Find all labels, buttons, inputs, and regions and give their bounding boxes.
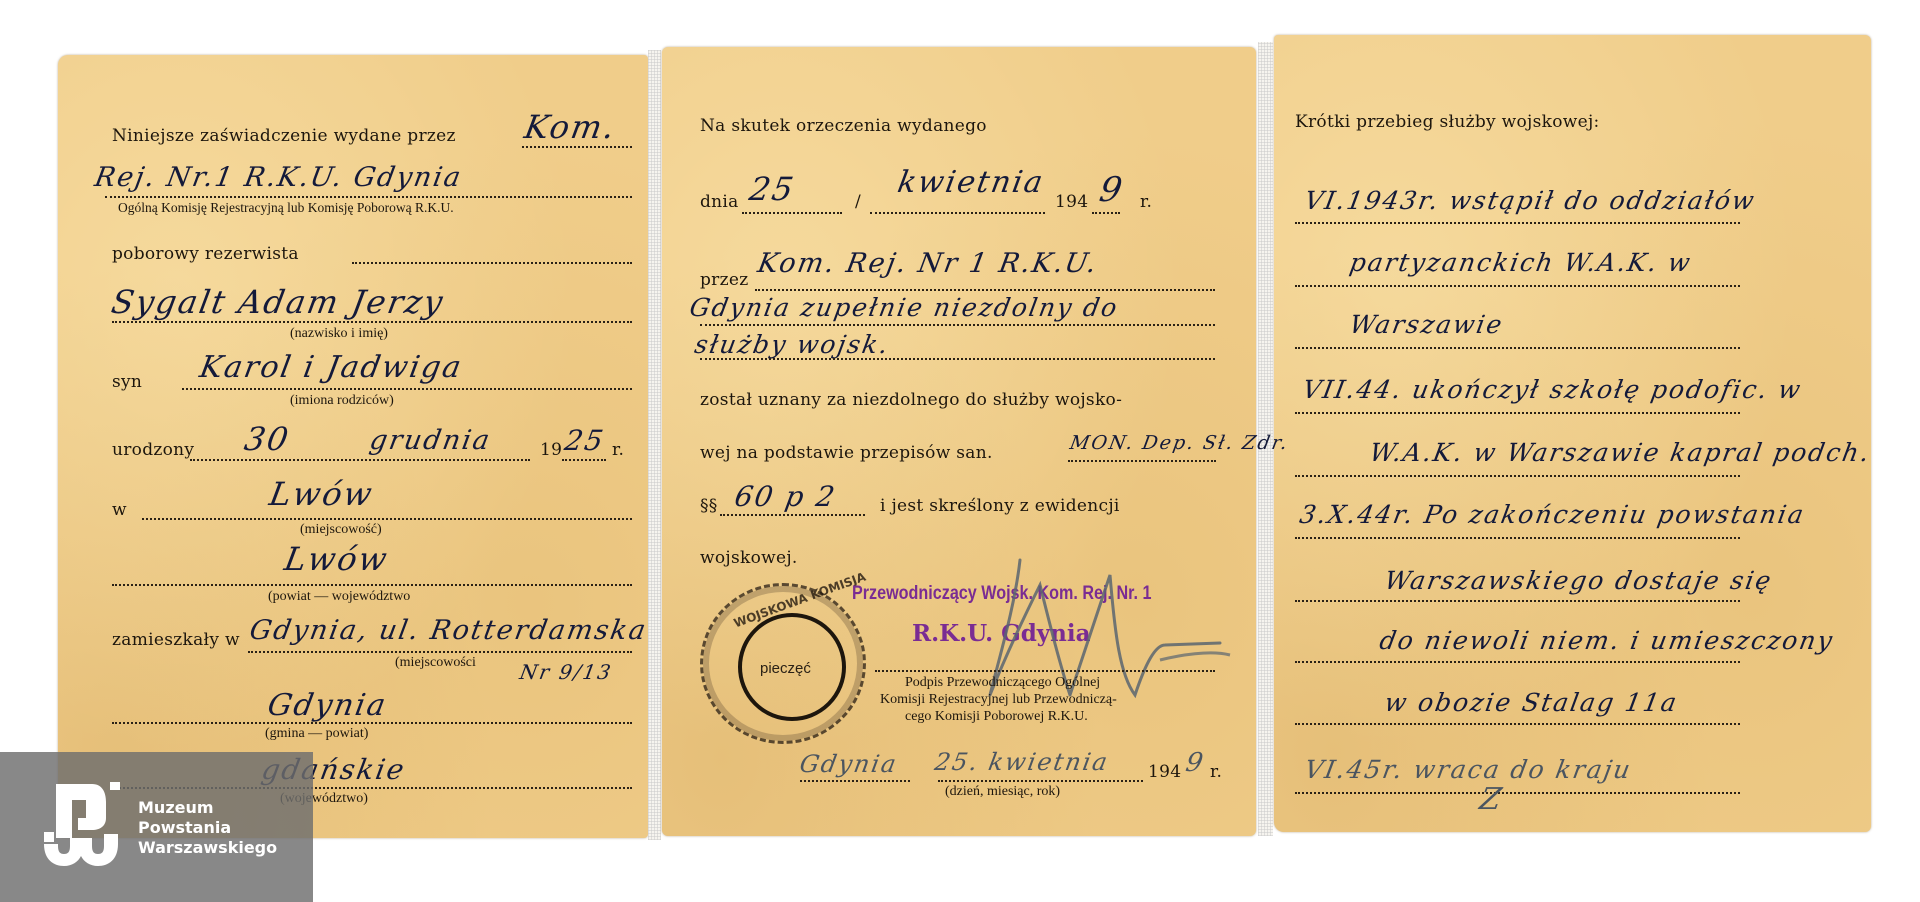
date-year-suffix: r. — [1210, 762, 1222, 782]
dotted-line — [562, 459, 606, 461]
dotted-line — [742, 212, 842, 214]
regulation-handwriting: MON. Dep. Sł. Zdr. — [1068, 432, 1291, 454]
name-handwriting: Sygalt Adam Jerzy — [109, 283, 448, 321]
verdict-text: wej na podstawie przepisów san. — [700, 443, 993, 463]
dotted-line — [182, 388, 632, 390]
dotted-line — [112, 584, 632, 586]
dotted-line — [1068, 460, 1216, 462]
status-label: poborowy rezerwista — [112, 244, 299, 264]
parents-handwriting: Karol i Jadwiga — [197, 350, 466, 385]
dotted-line — [1295, 600, 1740, 602]
service-entry: Warszawskiego dostaje się — [1382, 566, 1775, 595]
ruling-label: Na skutek orzeczenia wydanego — [700, 116, 987, 136]
parents-caption: (imiona rodziców) — [290, 393, 394, 409]
residence-label: zamieszkały w — [112, 630, 240, 650]
service-entry: VII.44. ukończył szkołę podofic. w — [1300, 375, 1804, 404]
verdict-text: i jest skreślony z ewidencji — [880, 496, 1120, 516]
service-entry: Warszawie — [1347, 310, 1506, 339]
month-handwriting: kwietnia — [895, 165, 1047, 200]
service-entry: w obozie Stalag 11a — [1382, 688, 1680, 717]
by-handwriting: Kom. Rej. Nr 1 R.K.U. — [755, 248, 1100, 279]
dotted-line — [248, 651, 632, 653]
by-handwriting: służby wojsk. — [692, 330, 892, 359]
dotted-line — [1295, 723, 1740, 725]
born-year-prefix: 19 — [540, 440, 562, 460]
dotted-line — [105, 196, 632, 198]
service-entry: VI.45r. wraca do kraju — [1302, 755, 1634, 784]
dotted-line — [1295, 347, 1740, 349]
dotted-line — [112, 722, 632, 724]
name-caption: (nazwisko i imię) — [290, 326, 388, 342]
dotted-line — [142, 518, 632, 520]
born-year-handwriting: 25 — [562, 424, 607, 457]
dotted-line — [1295, 537, 1740, 539]
dotted-line — [1295, 792, 1740, 794]
day-handwriting: 25 — [747, 170, 798, 208]
service-entry: partyzanckich W.A.K. w — [1347, 248, 1694, 277]
service-heading: Krótki przebieg służby wojskowej: — [1295, 112, 1600, 132]
birthplace-caption: (miejscowość) — [300, 522, 382, 538]
logo-text: Powstania — [138, 818, 231, 838]
dotted-line — [1295, 222, 1740, 224]
verdict-text: został uznany za niezdolnego do służby w… — [700, 390, 1122, 410]
born-day-handwriting: 30 — [242, 420, 293, 458]
service-entry: 3.X.44r. Po zakończeniu powstania — [1297, 500, 1807, 529]
district-handwriting: Lwów — [282, 540, 392, 578]
born-month-handwriting: grudnia — [367, 425, 493, 456]
dotted-line — [1295, 661, 1740, 663]
dotted-line — [1092, 212, 1120, 214]
service-entry: do niewoli niem. i umieszczony — [1377, 626, 1836, 655]
year-prefix: 194 — [1055, 192, 1088, 212]
date-caption: (dzień, miesiąc, rok) — [945, 784, 1060, 800]
issuer-handwriting: Kom. — [522, 108, 620, 146]
year-suffix: r. — [612, 440, 624, 460]
dotted-line — [870, 212, 1045, 214]
date-separator: / — [855, 192, 861, 212]
signature-line — [875, 670, 1215, 672]
verdict-text: wojskowej. — [700, 548, 798, 568]
paragraph-handwriting: 60 p 2 — [732, 480, 839, 513]
dotted-line — [1295, 475, 1740, 477]
date-year-prefix: 194 — [1148, 762, 1181, 782]
dotted-line — [700, 324, 1215, 326]
residence-number-handwriting: Nr 9/13 — [518, 660, 615, 684]
residence-handwriting: Gdynia, ul. Rotterdamska — [247, 615, 650, 646]
issuer-caption: Ogólną Komisję Rejestracyjną lub Komisję… — [118, 200, 454, 216]
born-label: urodzony — [112, 440, 194, 460]
dotted-line — [1295, 412, 1740, 414]
dotted-line — [522, 146, 632, 148]
in-label: w — [112, 500, 127, 520]
place-handwriting: Gdynia — [798, 750, 900, 778]
birthplace-handwriting: Lwów — [267, 475, 377, 513]
seal-label: pieczęć — [760, 660, 811, 677]
dotted-line — [700, 358, 1215, 360]
binding-strip — [648, 50, 661, 840]
signature-caption: Komisji Rejestracyjnej lub Przewodniczą- — [880, 692, 1117, 708]
paragraph-label: §§ — [700, 496, 718, 516]
dotted-line — [938, 780, 1143, 782]
issuer-handwriting: Rej. Nr.1 R.K.U. Gdynia — [92, 162, 465, 193]
dotted-line — [800, 780, 910, 782]
signature-caption: cego Komisji Poborowej R.K.U. — [905, 709, 1088, 725]
logo-text: Muzeum — [138, 798, 214, 818]
museum-logo-overlay: Muzeum Powstania Warszawskiego — [0, 752, 313, 902]
date-handwriting: 25. kwietnia — [933, 748, 1112, 776]
kotwica-anchor-icon — [42, 780, 120, 866]
dotted-line — [352, 262, 632, 264]
intro-label: Niniejsze zaświadczenie wydane przez — [112, 126, 456, 146]
service-entry: VI.1943r. wstąpił do oddziałów — [1302, 186, 1758, 215]
signature-caption: Podpis Przewodniczącego Ogólnej — [905, 675, 1100, 691]
residence-caption: (miejscowości — [395, 655, 476, 671]
dotted-line — [190, 459, 530, 461]
logo-text: Warszawskiego — [138, 838, 277, 858]
dotted-line — [720, 514, 865, 516]
commune-handwriting: Gdynia — [265, 688, 390, 723]
dotted-line — [755, 289, 1215, 291]
day-label: dnia — [700, 192, 739, 212]
dotted-line — [112, 321, 632, 323]
by-handwriting: Gdynia zupełnie niezdolny do — [687, 293, 1121, 322]
son-label: syn — [112, 372, 142, 392]
year-suffix: r. — [1140, 192, 1152, 212]
commune-caption: (gmina — powiat) — [265, 726, 368, 742]
dotted-line — [1295, 285, 1740, 287]
service-entry: W.A.K. w Warszawie kapral podch. — [1367, 438, 1873, 467]
district-caption: (powiat — województwo — [268, 589, 410, 605]
by-label: przez — [700, 270, 748, 290]
